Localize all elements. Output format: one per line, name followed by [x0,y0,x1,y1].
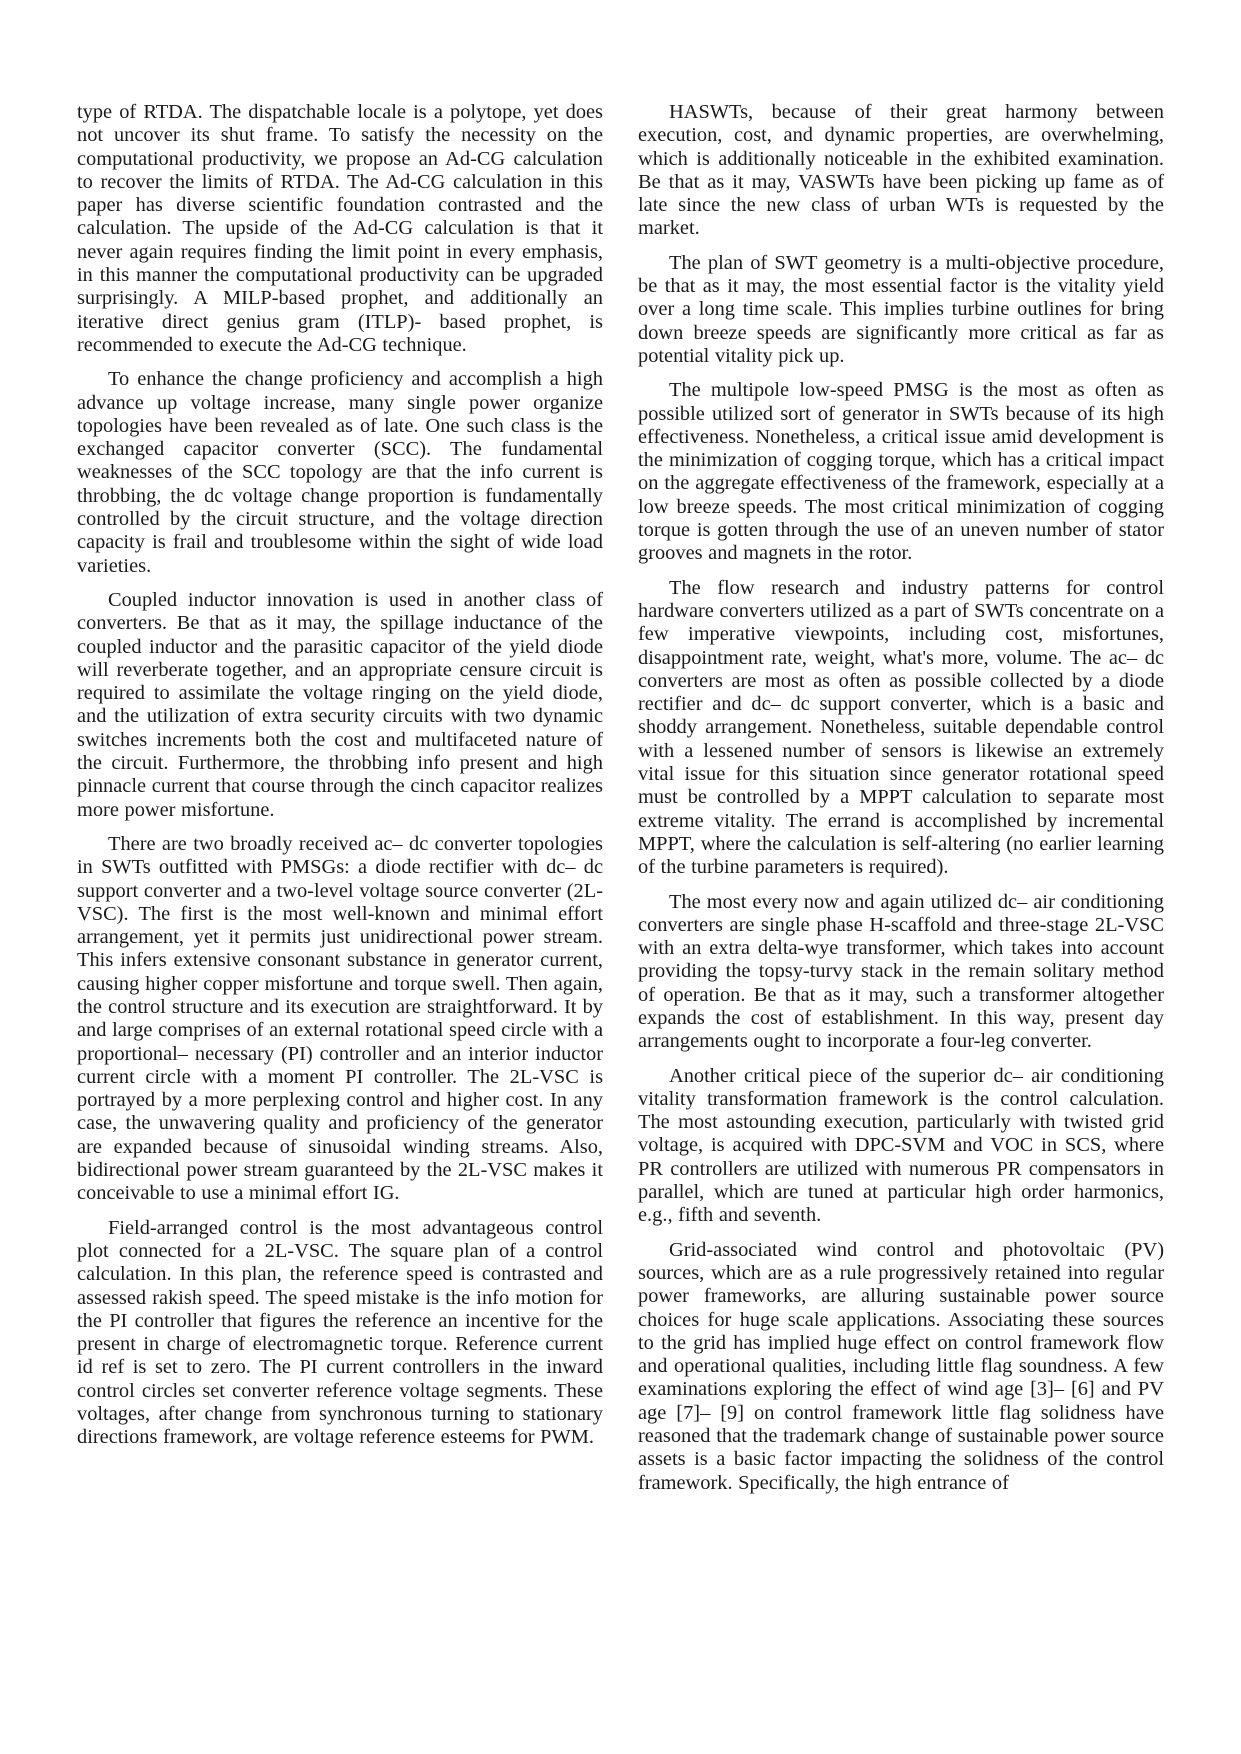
paragraph-right-5: The most every now and again utilized dc… [638,891,1164,1054]
paragraph-right-4: The flow research and industry patterns … [638,577,1164,880]
paragraph-right-2: The plan of SWT geometry is a multi-obje… [638,252,1164,368]
paragraph-right-7: Grid-associated wind control and photovo… [638,1239,1164,1495]
right-column: HASWTs, because of their great harmony b… [638,101,1164,1506]
paragraph-right-1: HASWTs, because of their great harmony b… [638,101,1164,241]
paragraph-left-1: type of RTDA. The dispatchable locale is… [77,101,603,357]
paragraph-left-2: To enhance the change proficiency and ac… [77,368,603,578]
paragraph-left-3: Coupled inductor innovation is used in a… [77,589,603,822]
paragraph-right-3: The multipole low-speed PMSG is the most… [638,379,1164,565]
paragraph-right-6: Another critical piece of the superior d… [638,1065,1164,1228]
left-column: type of RTDA. The dispatchable locale is… [77,101,603,1461]
paragraph-left-5: Field-arranged control is the most advan… [77,1217,603,1450]
paper-page: type of RTDA. The dispatchable locale is… [0,0,1241,1754]
paragraph-left-4: There are two broadly received ac– dc co… [77,833,603,1206]
